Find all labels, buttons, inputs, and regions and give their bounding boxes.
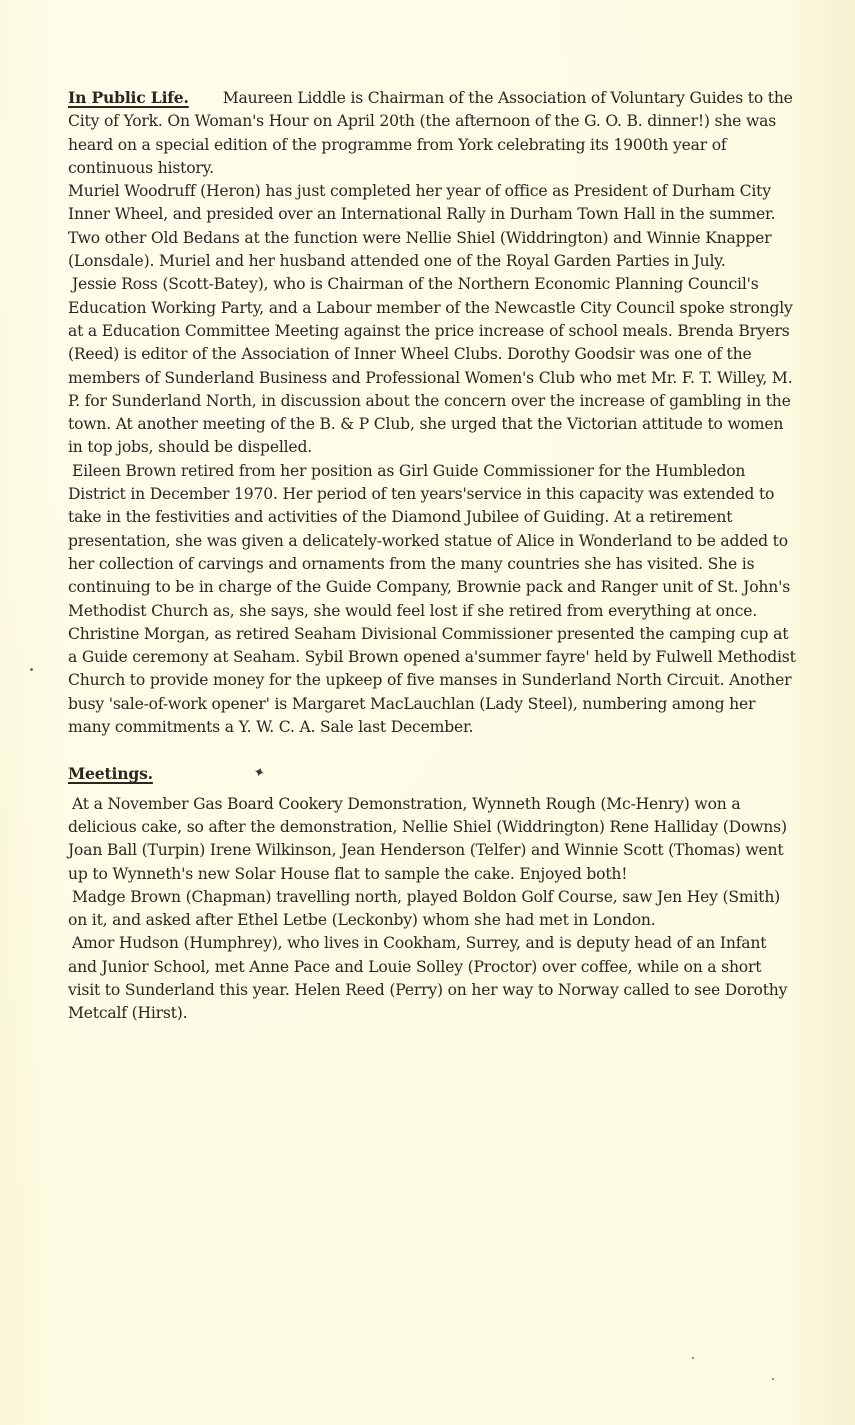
scan-speck <box>772 1378 774 1380</box>
paragraph-text: Jessie Ross (Scott-Batey), who is Chairm… <box>68 275 793 456</box>
paragraph-text: Amor Hudson (Humphrey), who lives in Coo… <box>68 934 787 1022</box>
scan-speck <box>30 668 33 671</box>
paragraph-cookery-demonstration: At a November Gas Board Cookery Demonstr… <box>68 793 798 886</box>
paragraph-madge-brown: Madge Brown (Chapman) travelling north, … <box>68 886 798 933</box>
paragraph-text: Madge Brown (Chapman) travelling north, … <box>68 888 780 929</box>
paragraph-amor-hudson: Amor Hudson (Humphrey), who lives in Coo… <box>68 932 798 1025</box>
paragraph-muriel-woodruff: Muriel Woodruff (Heron) has just complet… <box>68 180 798 273</box>
section-spacer <box>68 739 798 762</box>
paragraph-maureen-liddle: In Public Life.Maureen Liddle is Chairma… <box>68 86 798 180</box>
paragraph-eileen-brown: Eileen Brown retired from her position a… <box>68 460 798 740</box>
section-in-public-life: In Public Life.Maureen Liddle is Chairma… <box>68 86 798 739</box>
newsletter-body: In Public Life.Maureen Liddle is Chairma… <box>68 86 798 1026</box>
paragraph-text: Eileen Brown retired from her position a… <box>68 462 796 736</box>
scan-speck <box>692 1357 694 1359</box>
section-meetings: Meetings. ✦ At a November Gas Board Cook… <box>68 762 798 1025</box>
paragraph-text: At a November Gas Board Cookery Demonstr… <box>68 795 787 883</box>
meetings-heading-row: Meetings. ✦ <box>68 762 798 786</box>
ink-mark-icon: ✦ <box>250 761 267 786</box>
section-heading-in-public-life: In Public Life. <box>68 88 189 107</box>
paragraph-text: Muriel Woodruff (Heron) has just complet… <box>68 182 775 270</box>
paragraph-jessie-ross: Jessie Ross (Scott-Batey), who is Chairm… <box>68 273 798 459</box>
scanned-page: In Public Life.Maureen Liddle is Chairma… <box>0 0 855 1425</box>
section-heading-meetings: Meetings. <box>68 762 153 785</box>
